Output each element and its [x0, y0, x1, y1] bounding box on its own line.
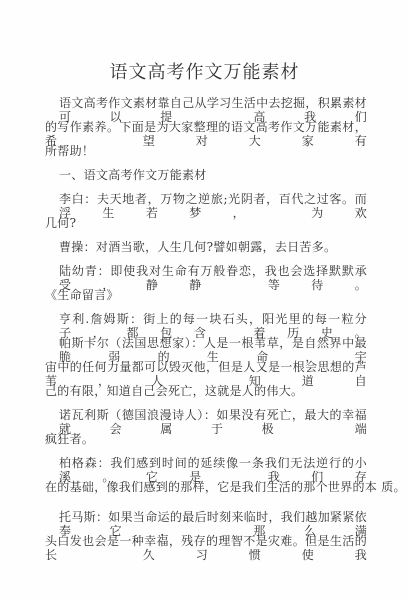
text-line: 己的有限，知道自己会死亡，这就是人的伟大。: [45, 384, 367, 398]
document-page: 语文高考作文万能素材 语文高考作文素材靠自己从学习生活中去挖掘，积累素材可以提 …: [0, 0, 409, 600]
text-line: 所帮助！: [45, 144, 367, 158]
text-line: 一、语文高考作文万能素材: [59, 168, 367, 182]
text-line: 头白发也会是一种幸福，残存的理智不是灾难。但是生活的长 久习惯使我: [45, 534, 367, 562]
text-line: 几何?: [45, 216, 367, 230]
text-line: 曹操：对酒当歌，人生几何?譬如朝露，去日苦多。: [59, 240, 367, 254]
document-title: 语文高考作文万能素材: [0, 58, 409, 84]
text-line: 疯狂者。: [45, 432, 367, 446]
text-line: 在的基础，像我们感到的那样，它是我们生活的那个世界的本 质。: [45, 480, 367, 494]
text-line: 《生命留言》: [45, 288, 367, 302]
